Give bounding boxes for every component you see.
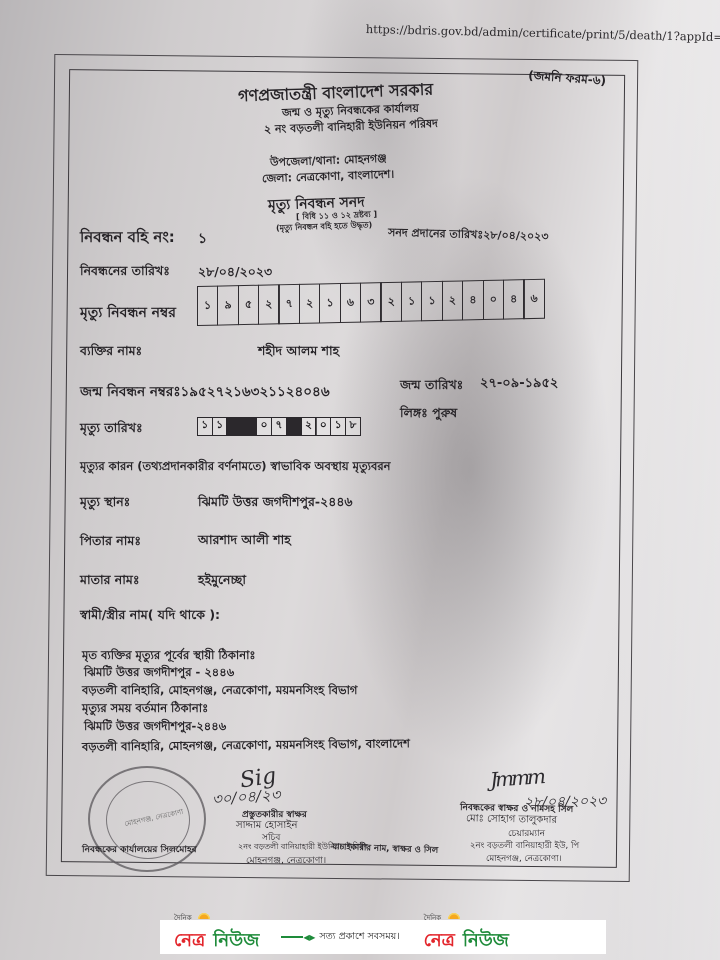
registration-digit-box: ৪ (462, 280, 484, 320)
death-registration-number-label: মৃত্যু নিবন্ধন নম্বর (80, 301, 176, 325)
sun-icon (198, 911, 210, 919)
date-digit-box: ০ (256, 417, 272, 436)
arrow-icon: ◂▸ (281, 930, 315, 944)
registration-digit-box: ৬ (340, 283, 362, 323)
registration-digit-box: ১ (401, 281, 423, 321)
cause-of-death: মৃত্যুর কারন (তথ্যপ্রদানকারীর বর্ণনামতে)… (80, 458, 391, 477)
place-of-death-value: ঝিমটি উত্তর জগদীশপুর-২৪৪৬ (198, 494, 353, 514)
birth-date-value: ২৭-০৯-১৯৫২ (480, 374, 558, 395)
mother-name-value: হইমুনেচ্ছা (198, 572, 246, 592)
registration-digit-box: ২ (380, 282, 402, 322)
birth-registration-value: ১৯৫২৭২১৬৩২১১২৪০৪৬ (181, 384, 330, 400)
registration-digit-box: ২ (258, 284, 280, 324)
current-address-line1: ঝিমটি উত্তর জগদীশপুর-২৪৪৬ (84, 718, 226, 737)
gender-value: পুরুষ (432, 405, 457, 420)
current-address-line2: বড়তলী বানিহারি, মোহনগঞ্জ, নেত্রকোণা, ময… (82, 735, 410, 757)
brand-logo: দৈনিক নেত্র নিউজ (174, 918, 259, 957)
registration-digit-box: ৩ (360, 282, 382, 322)
registration-date-label: নিবন্ধনের তারিখঃ (80, 263, 170, 283)
birth-date-label: জন্ম তারিখঃ (400, 377, 463, 397)
date-digit-box: ৮ (345, 417, 361, 436)
current-address-label: মৃত্যুর সময় বর্তমান ঠিকানাঃ (82, 700, 208, 719)
registration-digit-box: ৭ (278, 284, 300, 324)
brand-name-green: নিউজ (463, 926, 509, 957)
gender: লিঙ্গঃ পুরুষ (400, 405, 457, 425)
register-book-label: নিবন্ধন বহি নং: (80, 226, 175, 251)
date-digit-box: ৭ (271, 417, 287, 436)
registration-digit-box: ৯ (217, 285, 239, 325)
brand-daily-label: দৈনিক (174, 912, 192, 924)
registration-digit-box: ১ (319, 283, 341, 323)
registrar-signature: Jmmm (489, 764, 543, 792)
registration-digit-box: ৬ (523, 279, 545, 319)
registration-digit-box: ৫ (238, 285, 260, 325)
date-separator (226, 417, 242, 436)
registration-digit-box: ১ (421, 281, 443, 321)
registrar-place: মোহনগঞ্জ, নেত্রকোণা। (486, 852, 562, 866)
sun-icon (448, 911, 460, 919)
death-registration-number-boxes: ১৯৫২৭২১৬৩২১১২৪০৪৬ (198, 279, 545, 326)
date-digit-box: ১ (197, 417, 213, 436)
registration-digit-box: ১ (197, 286, 219, 326)
date-digit-box: ২ (301, 417, 317, 436)
date-digit-box: ১ (212, 417, 228, 436)
registration-digit-box: ২ (299, 283, 321, 323)
gender-label: লিঙ্গঃ (400, 405, 428, 420)
brand-name-red: নেত্র (174, 926, 205, 957)
person-name-label: ব্যক্তির নামঃ (80, 343, 142, 363)
mother-name-label: মাতার নামঃ (80, 572, 140, 592)
registrar-org: ২নং বড়তলী বানিয়াহারী ইউ, পি (470, 839, 579, 853)
brand-name-red: নেত্র (424, 926, 455, 957)
date-digit-box: ১ (330, 417, 346, 436)
cause-of-death-label: মৃত্যুর কারন (তথ্যপ্রদানকারীর বর্ণনামতে) (80, 459, 267, 473)
news-watermark-banner: দৈনিক নেত্র নিউজ ◂▸ সত্য প্রকাশে সবসময়।… (160, 920, 606, 954)
death-date-boxes: ১১০৭২০১৮ (198, 417, 361, 436)
preparer-place: মোহনগঞ্জ, নেত্রকোণা। (246, 853, 326, 868)
cause-of-death-value: স্বাভাবিক অবস্থায় মৃত্যুবরন (271, 459, 391, 473)
permanent-address-line2: বড়তলী বানিহারি, মোহনগঞ্জ, নেত্রকোণা, ময… (82, 682, 357, 701)
registration-digit-box: ২ (442, 280, 464, 320)
father-name-value: আরশাদ আলী শাহ (198, 532, 291, 552)
brand-name-green: নিউজ (213, 926, 259, 957)
registration-date-value: ২৮/০৪/২০২৩ (198, 264, 272, 284)
brand-logo-secondary: দৈনিক নেত্র নিউজ (424, 918, 509, 957)
registration-digit-box: ৪ (503, 279, 525, 319)
person-name-value: শহীদ আলম শাহ (258, 343, 339, 363)
spouse-name-label: স্বামী/স্ত্রীর নাম( যদি থাকে ): (80, 607, 220, 627)
permanent-address-line1: ঝিমটি উত্তর জগদীশপুর - ২৪৪৬ (84, 664, 234, 683)
office-seal-label: নিবন্ধকের কার্যালয়ের সিলমোহর (82, 842, 197, 857)
brand-tagline: সত্য প্রকাশে সবসময়। (319, 930, 399, 945)
date-separator (241, 417, 257, 436)
birth-registration-label: জন্ম নিবন্ধন নম্বরঃ (80, 384, 181, 400)
father-name-label: পিতার নামঃ (80, 533, 141, 553)
registration-digit-box: ০ (483, 280, 505, 320)
death-date-label: মৃত্যু তারিখঃ (80, 420, 143, 440)
register-book-value: ১ (198, 227, 207, 251)
seal-text: মোহনগঞ্জ, নেত্রকোণা (123, 806, 184, 830)
place-of-death-label: মৃত্যু স্থানঃ (80, 494, 130, 514)
issue-date-value: ২৮/০৪/২০২৩ (483, 228, 549, 243)
print-url: https://bdris.gov.bd/admin/certificate/p… (366, 22, 720, 45)
issue-date-label: সনদ প্রদানের তারিখঃ (388, 226, 484, 241)
birth-registration-number: জন্ম নিবন্ধন নম্বরঃ১৯৫২৭২১৬৩২১১২৪০৪৬ (80, 381, 330, 404)
brand-daily-label: দৈনিক (424, 912, 442, 924)
date-digit-box: ০ (315, 417, 331, 436)
date-separator (286, 417, 302, 436)
